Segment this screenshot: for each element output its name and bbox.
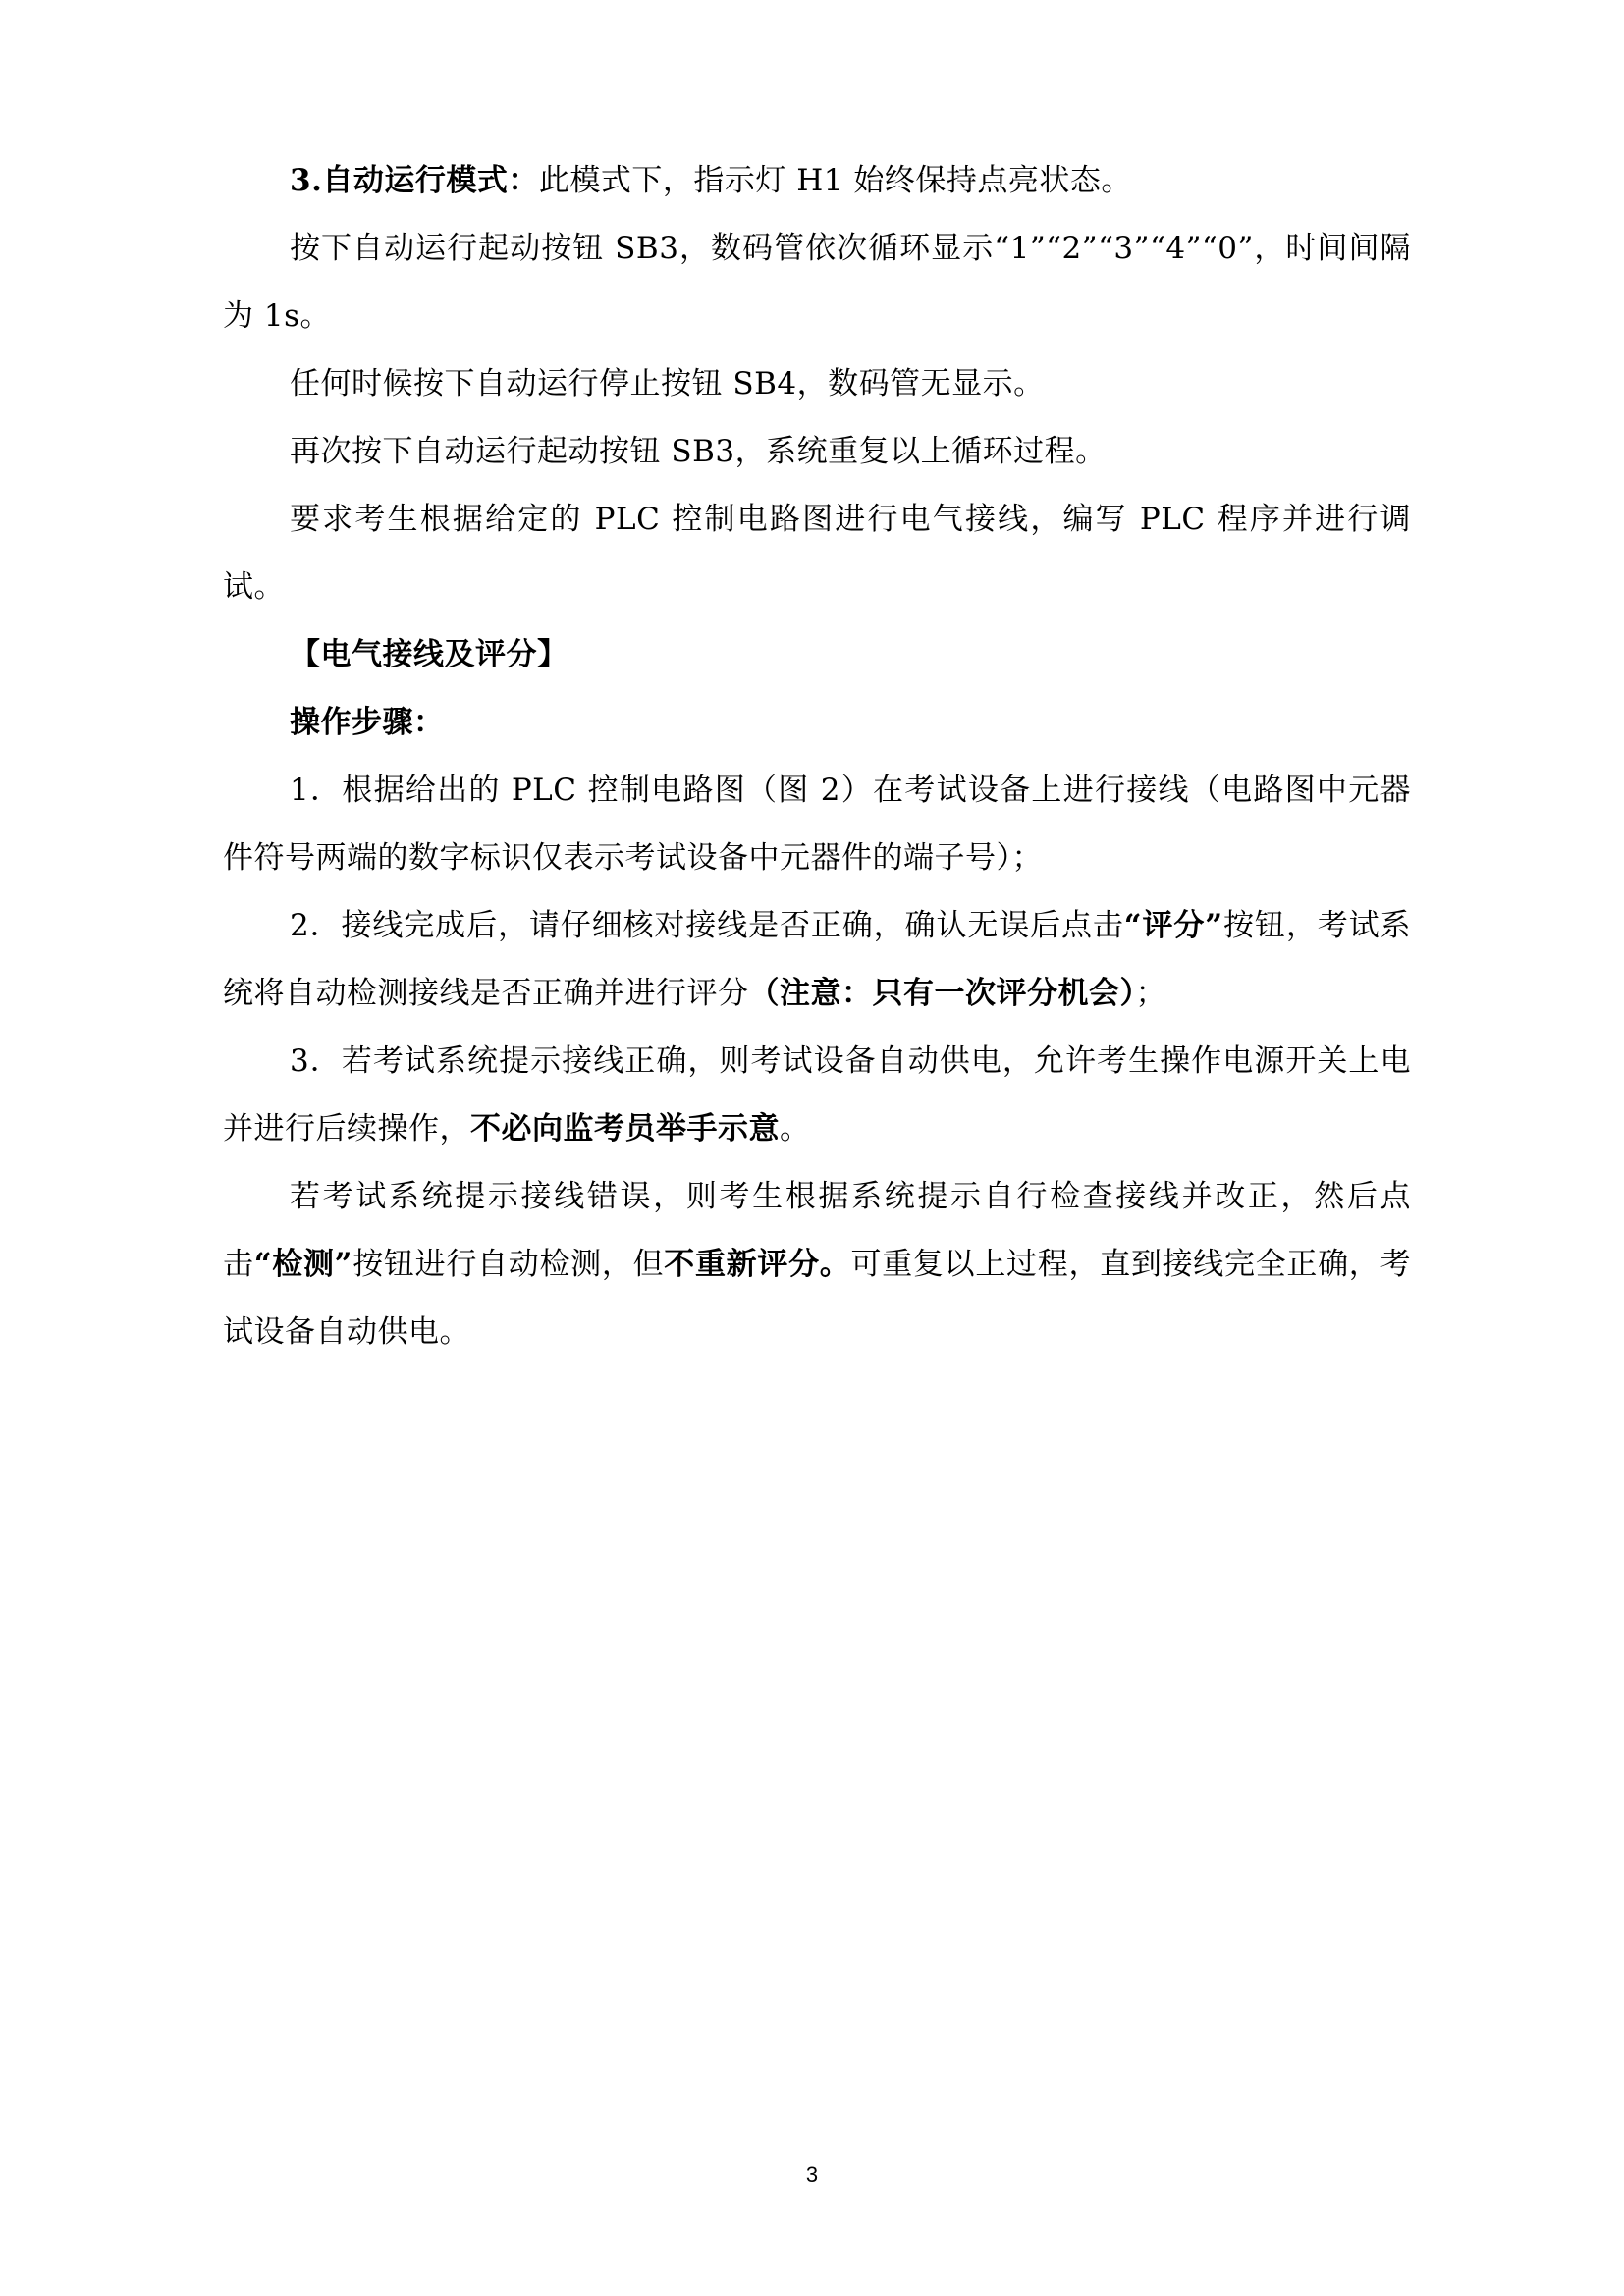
wiring-heading-text: 【电气接线及评分】 (290, 637, 568, 672)
paragraph-start-cycle: 按下自动运行起动按钮 SB3，数码管依次循环显示“1”“2”“3”“4”“0”，… (223, 215, 1411, 350)
detect-button-reference: “检测” (254, 1247, 352, 1282)
restart-text: 再次按下自动运行起动按钮 SB3，系统重复以上循环过程。 (290, 434, 1107, 469)
auto-mode-heading: 3.自动运行模式： (290, 163, 539, 198)
step-3-text-b: 。 (780, 1111, 811, 1147)
step-1-text: 1．根据给出的 PLC 控制电路图（图 2）在考试设备上进行接线（电路图中元器件… (223, 773, 1411, 876)
step-1: 1．根据给出的 PLC 控制电路图（图 2）在考试设备上进行接线（电路图中元器件… (223, 757, 1411, 892)
start-cycle-text: 按下自动运行起动按钮 SB3，数码管依次循环显示“1”“2”“3”“4”“0”，… (223, 231, 1411, 334)
auto-mode-text: 此模式下，指示灯 H1 始终保持点亮状态。 (539, 163, 1132, 198)
steps-heading-text: 操作步骤： (290, 705, 445, 740)
no-need-to-signal-notice: 不必向监考员举手示意 (470, 1111, 780, 1147)
no-rescore-notice: 不重新评分。 (664, 1247, 850, 1282)
step-3-error-case: 若考试系统提示接线错误，则考生根据系统提示自行检查接线并改正，然后点击“检测”按… (223, 1163, 1411, 1366)
paragraph-stop: 任何时候按下自动运行停止按钮 SB4，数码管无显示。 (223, 350, 1411, 418)
step-2-text-a: 2．接线完成后，请仔细核对接线是否正确，确认无误后点击 (290, 908, 1124, 943)
paragraph-requirement: 要求考生根据给定的 PLC 控制电路图进行电气接线，编写 PLC 程序并进行调试… (223, 486, 1411, 621)
score-button-reference: “评分” (1124, 908, 1223, 943)
page-number: 3 (0, 2163, 1624, 2188)
error-text-b: 按钮进行自动检测，但 (352, 1247, 664, 1282)
step-2: 2．接线完成后，请仔细核对接线是否正确，确认无误后点击“评分”按钮，考试系统将自… (223, 892, 1411, 1028)
requirement-text: 要求考生根据给定的 PLC 控制电路图进行电气接线，编写 PLC 程序并进行调试… (223, 502, 1411, 605)
step-3: 3．若考试系统提示接线正确，则考试设备自动供电，允许考生操作电源开关上电并进行后… (223, 1028, 1411, 1163)
stop-text: 任何时候按下自动运行停止按钮 SB4，数码管无显示。 (290, 366, 1045, 401)
paragraph-restart: 再次按下自动运行起动按钮 SB3，系统重复以上循环过程。 (223, 418, 1411, 486)
steps-heading: 操作步骤： (223, 689, 1411, 757)
paragraph-auto-mode: 3.自动运行模式：此模式下，指示灯 H1 始终保持点亮状态。 (223, 147, 1411, 215)
section-heading-wiring: 【电气接线及评分】 (223, 621, 1411, 689)
document-page: 3.自动运行模式：此模式下，指示灯 H1 始终保持点亮状态。 按下自动运行起动按… (223, 147, 1411, 1366)
one-chance-notice: （注意：只有一次评分机会） (749, 976, 1136, 1011)
step-2-text-c: ； (1136, 976, 1167, 1011)
step-3-text-a: 3．若考试系统提示接线正确，则考试设备自动供电，允许考生操作电源开关上电并进行后… (223, 1043, 1411, 1147)
